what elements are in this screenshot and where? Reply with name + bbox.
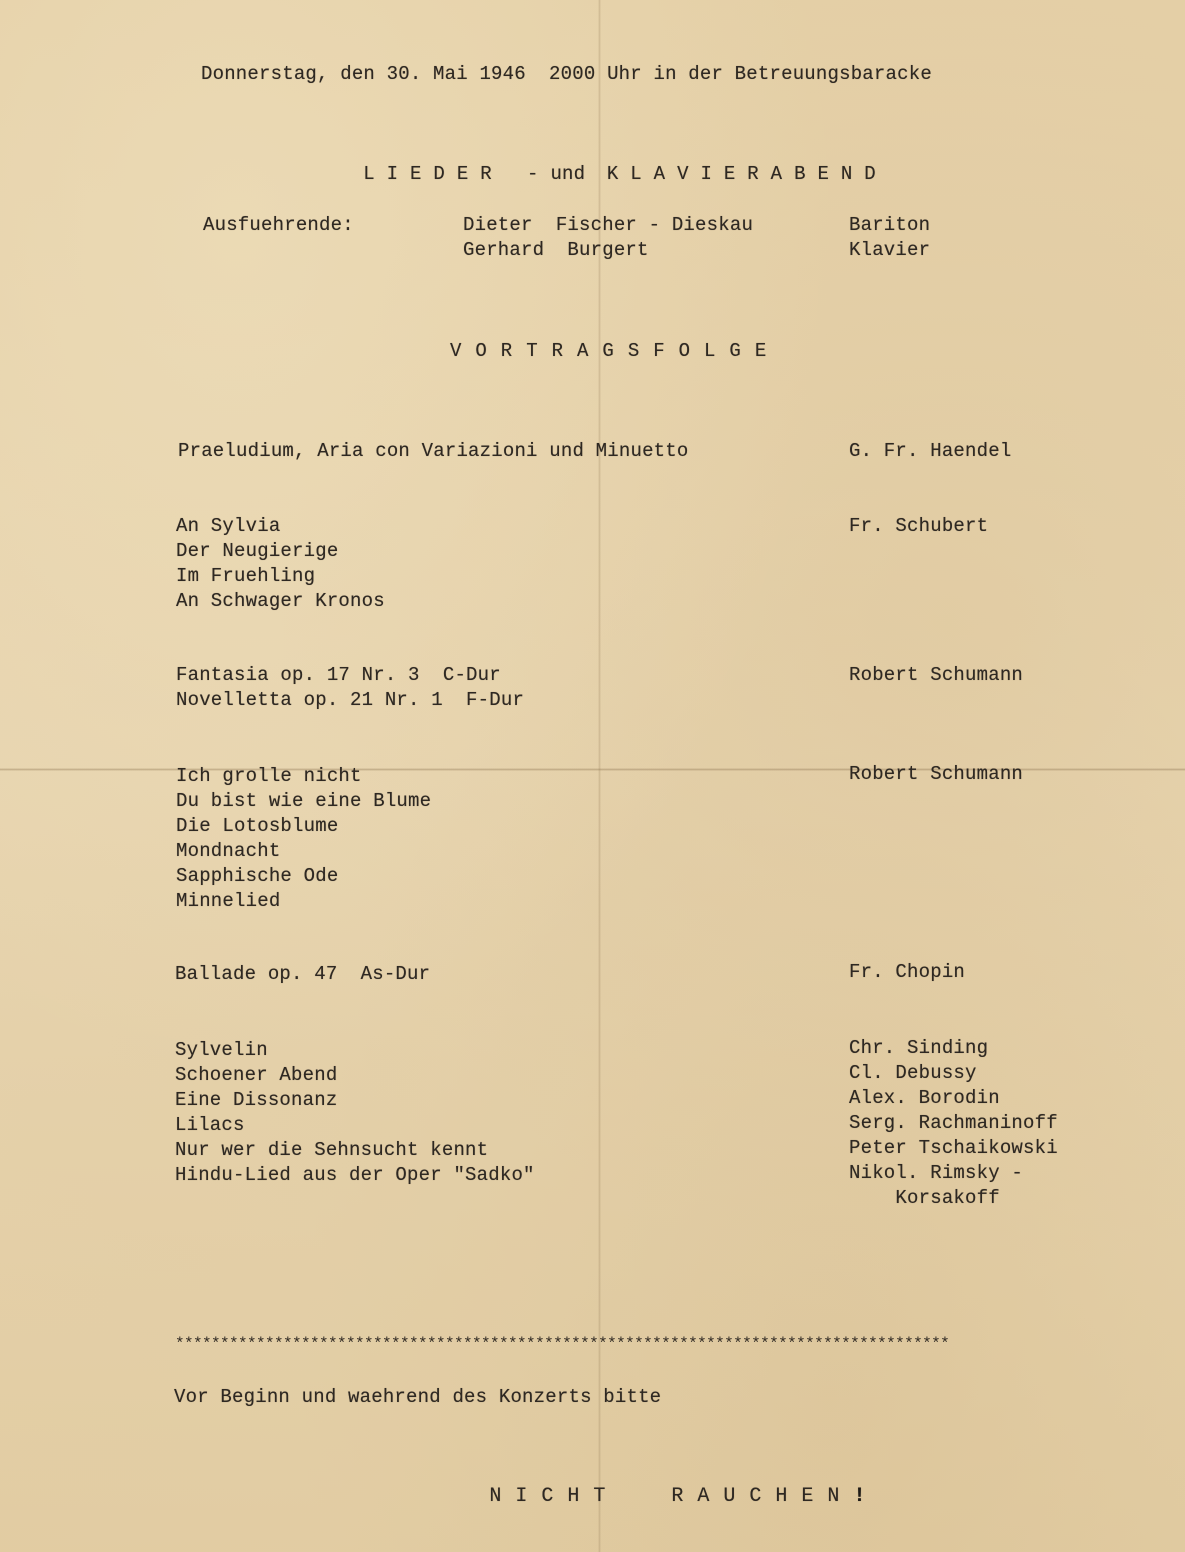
work-title: An Sylvia — [176, 514, 385, 539]
work-title: Nur wer die Sehnsucht kennt — [175, 1138, 535, 1163]
composer-name: Robert Schumann — [849, 762, 1023, 787]
performer-name: Gerhard Burgert — [463, 238, 753, 263]
program-group-works: Sylvelin Schoener Abend Eine Dissonanz L… — [175, 1038, 535, 1188]
composer-name: Robert Schumann — [849, 663, 1023, 688]
asterisk-divider: ****************************************… — [175, 1334, 1080, 1354]
work-title: Praeludium, Aria con Variazioni und Minu… — [178, 439, 688, 464]
program-group-works: Praeludium, Aria con Variazioni und Minu… — [178, 439, 688, 464]
work-title: Novelletta op. 21 Nr. 1 F-Dur — [176, 688, 524, 713]
composer-name: G. Fr. Haendel — [849, 439, 1011, 464]
program-group-composers: Robert Schumann — [849, 663, 1023, 688]
dateline: Donnerstag, den 30. Mai 1946 2000 Uhr in… — [201, 62, 932, 87]
work-title: Minnelied — [176, 889, 431, 914]
program-heading: VORTRAGSFOLGE — [450, 339, 780, 364]
work-title: Ballade op. 47 As-Dur — [175, 962, 430, 987]
work-title: Sapphische Ode — [176, 864, 431, 889]
exclamation-mark: ! — [853, 1485, 865, 1508]
warning-text: NICHT RAUCHEN — [489, 1485, 853, 1508]
composer-name: Nikol. Rimsky - — [849, 1161, 1058, 1186]
work-title: Die Lotosblume — [176, 814, 431, 839]
performers-label: Ausfuehrende: — [203, 213, 354, 238]
program-group-composers: G. Fr. Haendel — [849, 439, 1011, 464]
program-group-works: Fantasia op. 17 Nr. 3 C-Dur Novelletta o… — [176, 663, 524, 713]
program-group-works: Ballade op. 47 As-Dur — [175, 962, 430, 987]
composer-name: Cl. Debussy — [849, 1061, 1058, 1086]
program-group-composers: Robert Schumann — [849, 762, 1023, 787]
title-klavierabend: KLAVIERABEND — [607, 163, 888, 185]
performer-role: Bariton — [849, 213, 930, 238]
work-title: Hindu-Lied aus der Oper "Sadko" — [175, 1163, 535, 1188]
performer-role: Klavier — [849, 238, 930, 263]
title-und: und — [550, 163, 585, 185]
program-group-composers: Chr. Sinding Cl. Debussy Alex. Borodin S… — [849, 1036, 1058, 1211]
work-title: Eine Dissonanz — [175, 1088, 535, 1113]
composer-name: Fr. Chopin — [849, 960, 965, 985]
work-title: Lilacs — [175, 1113, 535, 1138]
work-title: An Schwager Kronos — [176, 589, 385, 614]
notice-text: Vor Beginn und waehrend des Konzerts bit… — [174, 1385, 661, 1410]
program-group-works: An Sylvia Der Neugierige Im Fruehling An… — [176, 514, 385, 614]
work-title: Fantasia op. 17 Nr. 3 C-Dur — [176, 663, 524, 688]
composer-name: Alex. Borodin — [849, 1086, 1058, 1111]
performers-names: Dieter Fischer - Dieskau Gerhard Burgert — [463, 213, 753, 263]
work-title: Du bist wie eine Blume — [176, 789, 431, 814]
composer-name: Peter Tschaikowski — [849, 1136, 1058, 1161]
program-group-composers: Fr. Schubert — [849, 514, 988, 539]
performer-name: Dieter Fischer - Dieskau — [463, 213, 753, 238]
work-title: Mondnacht — [176, 839, 431, 864]
composer-name: Serg. Rachmaninoff — [849, 1111, 1058, 1136]
composer-name: Fr. Schubert — [849, 514, 988, 539]
title-lieder: LIEDER - — [363, 163, 550, 185]
program-group-works: Ich grolle nicht Du bist wie eine Blume … — [176, 764, 431, 914]
work-title: Der Neugierige — [176, 539, 385, 564]
composer-name: Chr. Sinding — [849, 1036, 1058, 1061]
concert-title: LIEDER -und KLAVIERABEND — [340, 137, 888, 187]
program-group-composers: Fr. Chopin — [849, 960, 965, 985]
no-smoking-warning: NICHT RAUCHEN! — [465, 1459, 866, 1509]
work-title: Schoener Abend — [175, 1063, 535, 1088]
work-title: Ich grolle nicht — [176, 764, 431, 789]
work-title: Im Fruehling — [176, 564, 385, 589]
performers-roles: Bariton Klavier — [849, 213, 930, 263]
work-title: Sylvelin — [175, 1038, 535, 1063]
composer-name: Korsakoff — [849, 1186, 1058, 1211]
